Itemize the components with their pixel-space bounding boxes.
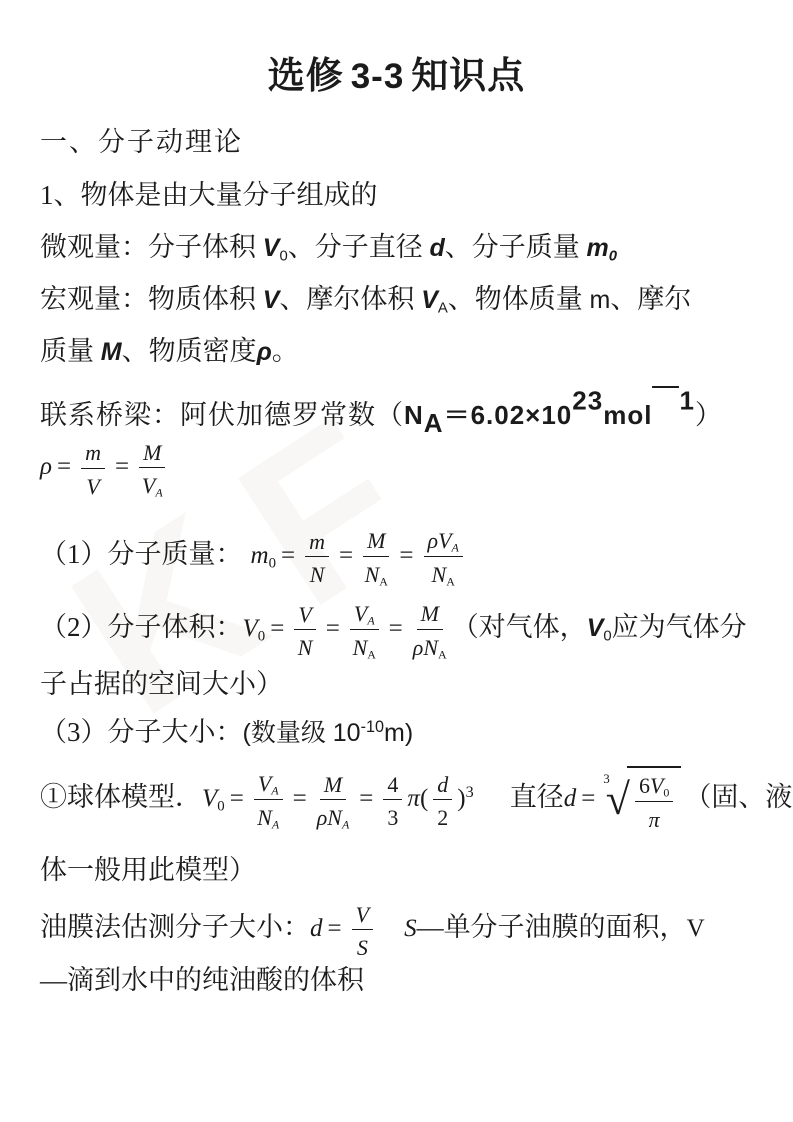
math-var: N [257,805,272,830]
math-var-sans: ρ [257,338,272,366]
fraction: MNA [363,524,389,588]
math-var: V [298,602,311,627]
subscript: A [379,574,388,588]
math-var-sans: V [587,614,604,642]
text-run: 、分子质量 [445,232,587,262]
numerator: d [433,768,452,800]
subscript: 0 [603,628,611,644]
math-operator: = [339,542,353,569]
math-var: ρN [317,805,342,830]
math-operator: = [115,453,129,480]
text-run: 微观量：分子体积 [40,232,263,262]
line-content: 子占据的空间大小） [40,669,283,699]
math-operator: = [389,615,403,642]
math-var: V [356,902,369,927]
subscript: 0 [663,786,669,800]
math-var-sans: V [263,286,280,314]
line-content: 微观量：分子体积 V0、分子直径 d、分子质量 m0 [40,232,617,262]
numerator: M [417,597,443,629]
text-run: 一、分子动理论 [40,127,243,157]
text-run: 联系桥梁：阿伏加德罗常数（ [40,400,404,430]
cube-root: 3√6V0π [603,766,681,833]
denominator: NA [432,557,455,589]
block-line-micro: 微观量：分子体积 V0、分子直径 d、分子质量 m0 [40,229,793,266]
bold-text-run: ＝6.02×10 [444,400,573,430]
text-run: （3）分子大小： [40,717,243,747]
subscript: A [424,408,444,438]
roman-math-run: 3 [387,805,398,830]
math-var: M [143,440,161,465]
fraction: MρNA [317,768,350,832]
line-content: 选修3-3知识点 [268,56,526,97]
fraction: MρNA [413,597,447,661]
text-run: 宏观量：物质体积 [40,284,263,314]
fraction: 43 [383,768,402,831]
math-operator: = [581,785,595,812]
bold-text-run: N [404,400,424,430]
block-line-v0b: 子占据的空间大小） [40,666,793,702]
denominator: π [649,802,660,833]
block-line-sphere: ①球体模型．V0=VANA=MρNA=43π(d2)3直径d=3√6V0π（固、… [40,766,793,833]
roman-math-run: 6 [639,773,650,798]
numerator: 4 [383,768,402,800]
math-operator: = [359,785,373,812]
block-line-macro2: 质量 M、物质密度ρ。 [40,333,793,370]
denominator: N [310,557,325,588]
block-line-oil2: —滴到水中的纯油酸的体积 [40,962,793,998]
math-operator: = [328,915,342,942]
radicand: 6V0π [627,766,681,833]
math-operator: = [326,615,340,642]
math-var: m [309,529,325,554]
numerator: V [294,598,315,630]
line-content: ρ=mV=MVA [40,450,170,480]
numerator: V [352,898,373,930]
sans-text-run: m) [384,719,413,747]
math-var-sans: d [429,234,444,262]
text-run: 油膜法估测分子大小： [40,912,310,942]
text-run: 质量 [40,336,101,366]
text-run: 、分子直径 [288,232,430,262]
math-var: M [421,601,439,626]
numerator: 6V0 [635,769,673,802]
subscript: 0 [217,798,224,814]
line-content: 宏观量：物质体积 V、摩尔体积 VA、物体质量 m、摩尔 [40,284,691,314]
math-var: N [365,562,380,587]
math-var: m [85,440,101,465]
numerator: m [81,436,105,468]
math-operator: = [57,453,71,480]
line-content: 联系桥梁：阿伏加德罗常数（NA＝6.02×1023mol￣1） [40,400,723,430]
sans-text-run: m [590,286,611,314]
subscript: A [452,541,459,555]
denominator: ρNA [413,630,447,662]
math-var: V [258,771,271,796]
block-title: 选修3-3知识点 [0,52,793,102]
math-var: N [353,635,368,660]
block-heading-point: 1、物体是由大量分子组成的 [40,177,793,213]
roman-math-run: 2 [437,805,448,830]
supscript: ￣1 [652,386,694,416]
subscript: A [446,575,455,589]
text-run: ） [695,400,723,430]
math-var: m [251,542,269,569]
text-run: 1、物体是由大量分子组成的 [40,180,378,210]
math-operator: = [281,542,295,569]
fraction: ρVANA [424,524,463,589]
denominator: NA [353,630,376,662]
line-content: —滴到水中的纯油酸的体积 [40,965,364,995]
text-run: ①球体模型． [40,782,202,812]
text-run: 、摩尔体积 [279,284,421,314]
supscript: 23 [572,386,603,416]
math-var: V [202,785,217,812]
numerator: M [320,768,346,800]
text-run: 直径 [510,782,564,812]
denominator: NA [257,800,279,832]
text-run: —滴到水中的纯油酸的体积 [40,965,364,995]
roman-math-run: ( [420,785,428,812]
fraction: d2 [433,768,452,831]
math-var: V [354,601,367,626]
text-run: （固、液 [684,782,792,812]
line-content: 质量 M、物质密度ρ。 [40,336,299,366]
numerator: VA [350,597,379,630]
denominator: NA [365,557,388,589]
block-formula-rho: ρ=mV=MVA [40,436,793,500]
page: KF 选修3-3知识点一、分子动理论1、物体是由大量分子组成的微观量：分子体积 … [0,0,793,1122]
line-content: 油膜法估测分子大小：d=VSS—单分子油膜的面积，V [40,912,705,942]
block-line-m0: （1）分子质量：m0=mN=MNA=ρVANA [40,524,793,589]
block-line-macro: 宏观量：物质体积 V、摩尔体积 VA、物体质量 m、摩尔 [40,281,793,318]
subscript: A [155,486,162,500]
text-run: （2）分子体积： [40,612,243,642]
math-var-sans: V [421,286,438,314]
math-var-sans: M [101,338,122,366]
fraction: VN [294,598,315,661]
fraction: VANA [350,597,379,662]
denominator: N [298,630,313,661]
text-run: —单分子油膜的面积， [417,912,687,942]
bold-text-run: mol [603,400,652,430]
math-var-sans: V [263,234,280,262]
line-content: ①球体模型．V0=VANA=MρNA=43π(d2)3直径d=3√6V0π（固、… [40,782,792,812]
text-run: 、物质密度 [122,336,257,366]
line-content: 体一般用此模型） [40,855,256,885]
numerator: ρVA [424,524,463,557]
math-var: π [407,785,420,812]
subscript: A [438,647,447,661]
subscript: A [367,648,376,662]
math-var: d [564,785,577,812]
numerator: VA [254,767,283,800]
text-run: 选修 [268,56,344,97]
supscript: 3 [466,783,474,801]
roman-math-run: ) [457,785,465,812]
block-line-bridge: 联系桥梁：阿伏加德罗常数（NA＝6.02×1023mol￣1） [40,384,793,441]
numerator: M [139,436,165,468]
math-operator: = [230,785,244,812]
text-run: （对气体， [452,612,587,642]
denominator: VA [142,468,163,500]
denominator: S [357,930,368,961]
math-var: ρV [428,528,452,553]
denominator: 2 [437,800,448,831]
math-var: M [367,528,385,553]
math-var: d [310,915,323,942]
line-content: （1）分子质量：m0=mN=MNA=ρVANA [40,539,468,569]
math-var: N [298,635,313,660]
text-run: 知识点 [411,56,525,97]
fraction: VANA [254,767,283,832]
text-run: 应为气体分 [612,612,747,642]
subscript: 0 [269,555,276,571]
fraction: MVA [139,436,165,500]
subscript: 0 [279,248,287,264]
numerator: m [305,525,329,557]
math-var: π [649,807,660,832]
math-var: N [310,562,325,587]
math-var: M [324,772,342,797]
text-run: （1）分子质量： [40,539,243,569]
math-var: N [432,562,447,587]
fraction: VS [352,898,373,961]
math-var: V [142,473,155,498]
denominator: ρNA [317,800,350,832]
math-operator: = [293,785,307,812]
text-run: 、物体质量 [448,284,590,314]
math-var: V [650,773,663,798]
text-run: 子占据的空间大小） [40,669,283,699]
block-line-size: （3）分子大小：(数量级 10-10m) [40,714,793,751]
line-content: 1、物体是由大量分子组成的 [40,180,378,210]
math-var: ρN [413,635,438,660]
roman-math-run: V [687,915,705,942]
math-var: S [404,915,417,942]
math-var: S [357,935,368,960]
sans-text-run: (数量级 10 [243,719,361,747]
subscript: 0 [609,248,617,264]
denominator: V [86,469,99,500]
math-var-sans: m [586,234,608,262]
fraction: mV [81,436,105,499]
math-operator: = [399,542,413,569]
line-content: （2）分子体积：V0=VN=VANA=MρNA（对气体，V0应为气体分 [40,612,747,642]
supscript: -10 [361,718,384,736]
text-run: 、摩尔 [610,284,691,314]
block-heading-chapter: 一、分子动理论 [40,124,793,160]
block-line-sphere2: 体一般用此模型） [40,852,793,888]
fraction: mN [305,525,329,588]
math-var: ρ [40,453,52,480]
text-run: 体一般用此模型） [40,855,256,885]
block-line-oil: 油膜法估测分子大小：d=VSS—单分子油膜的面积，V [40,898,793,961]
math-var: V [86,474,99,499]
subscript: 0 [258,628,265,644]
line-content: （3）分子大小：(数量级 10-10m) [40,717,413,747]
subscript: A [438,300,448,316]
numerator: M [363,524,389,556]
subscript: A [342,817,349,831]
block-line-v0: （2）分子体积：V0=VN=VANA=MρNA（对气体，V0应为气体分 [40,597,793,662]
subscript: A [367,614,374,628]
subscript: A [272,818,279,832]
math-var: V [243,615,258,642]
fraction: 6V0π [635,769,673,833]
math-var: d [437,772,448,797]
roman-math-run: 4 [387,772,398,797]
subscript: A [271,784,278,798]
denominator: 3 [387,800,398,831]
line-content: 一、分子动理论 [40,127,243,157]
text-run: 。 [272,336,299,366]
math-operator: = [270,615,284,642]
bold-text-run: 3-3 [351,57,405,96]
